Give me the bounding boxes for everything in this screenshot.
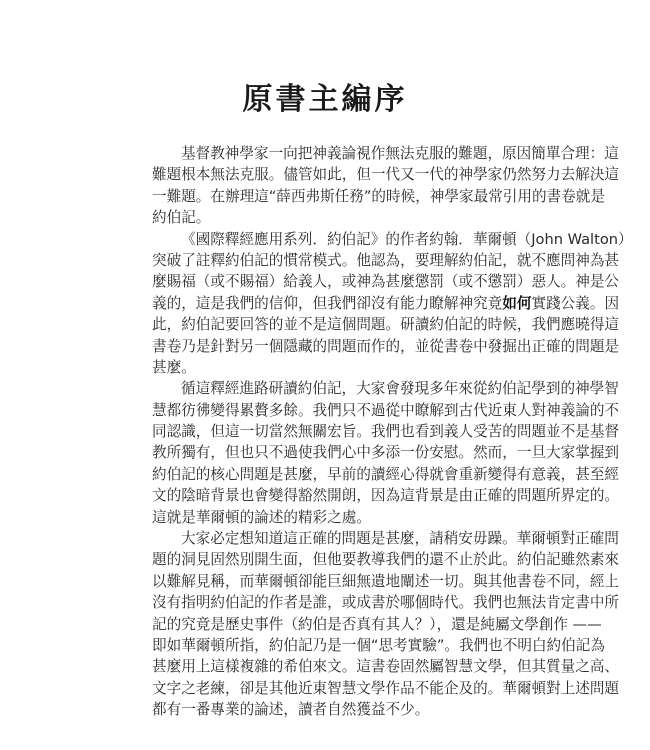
- paragraph-4: 大家必定想知道這正確的問題是甚麼，請稍安毋躁。華爾頓對正確問 題的洞見固然別開生…: [152, 528, 514, 721]
- paragraph-1: 基督教神學家一向把神義論視作無法克服的難題，原因簡單合理：這 難題根本無法克服。…: [152, 143, 514, 229]
- text-line: 這就是華爾頓的論述的精彩之處。: [152, 507, 514, 528]
- text-line: 突破了註釋約伯記的慣常模式。他認為，要理解約伯記，就不應問神為甚: [152, 250, 514, 271]
- text-line: 一難題。在辦理這“薛西弗斯任務”的時候，神學家最常引用的書卷就是: [152, 186, 514, 207]
- body-text: 基督教神學家一向把神義論視作無法克服的難題，原因簡單合理：這 難題根本無法克服。…: [152, 143, 514, 721]
- text-line-with-emphasis: 義的，這是我們的信仰，但我們卻沒有能力瞭解神究竟如何實踐公義。因: [152, 293, 514, 314]
- paragraph-3: 循這釋經進路研讀約伯記，大家會發現多年來從約伯記學到的神學智 慧都彷彿變得累贅多…: [152, 378, 514, 528]
- text-line: 題的洞見固然別開生面，但他要教導我們的還不止於此。約伯記雖然素來: [152, 549, 514, 570]
- text-line: 同認識，但這一切當然無關宏旨。我們也看到義人受苦的問題並不是基督: [152, 421, 514, 442]
- text-line: 文的陰暗背景也會變得豁然開朗，因為這背景是由正確的問題所界定的。: [152, 485, 514, 506]
- paragraph-2: 《國際釋經應用系列．約伯記》的作者約翰．華爾頓（John Walton） 突破了…: [152, 229, 514, 379]
- text-line: 約伯記的核心問題是甚麼，早前的讀經心得就會重新變得有意義，甚至經: [152, 464, 514, 485]
- text-line: 沒有指明約伯記的作者是誰，或成書於哪個時代。我們也無法肯定書中所: [152, 592, 514, 613]
- document-page: 原書主編序 基督教神學家一向把神義論視作無法克服的難題，原因簡單合理：這 難題根…: [0, 0, 650, 750]
- text-line: 大家必定想知道這正確的問題是甚麼，請稍安毋躁。華爾頓對正確問: [152, 528, 514, 549]
- text-line: 麼賜福（或不賜福）給義人，或神為甚麼懲罰（或不懲罰）惡人。神是公: [152, 271, 514, 292]
- text-line: 慧都彷彿變得累贅多餘。我們只不過從中瞭解到古代近東人對神義論的不: [152, 400, 514, 421]
- text-line: 《國際釋經應用系列．約伯記》的作者約翰．華爾頓（John Walton）: [152, 229, 514, 250]
- text-line: 即如華爾頓所指，約伯記乃是一個“思考實驗”。我們也不明白約伯記為: [152, 635, 514, 656]
- text-line: 此，約伯記要回答的並不是這個問題。研讀約伯記的時候，我們應曉得這: [152, 314, 514, 335]
- text-line: 甚麼。: [152, 357, 514, 378]
- text-line: 甚麼用上這樣複雜的希伯來文。這書卷固然屬智慧文學，但其質量之高、: [152, 656, 514, 677]
- text-fragment: 實踐公義。因: [531, 295, 619, 312]
- text-line: 都有一番專業的論述，讀者自然獲益不少。: [152, 699, 514, 720]
- text-line: 以難解見稱，而華爾頓卻能巨細無遺地闡述一切。與其他書卷不同，經上: [152, 571, 514, 592]
- text-line: 難題根本無法克服。儘管如此，但一代又一代的神學家仍然努力去解決這: [152, 164, 514, 185]
- page-title: 原書主編序: [0, 82, 650, 118]
- emphasis-text: 如何: [502, 295, 531, 312]
- text-line: 循這釋經進路研讀約伯記，大家會發現多年來從約伯記學到的神學智: [152, 378, 514, 399]
- text-line: 書卷乃是針對另一個隱藏的問題而作的，並從書卷中發掘出正確的問題是: [152, 336, 514, 357]
- text-line: 基督教神學家一向把神義論視作無法克服的難題，原因簡單合理：這: [152, 143, 514, 164]
- text-line: 文字之老練，卻是其他近東智慧文學作品不能企及的。華爾頓對上述問題: [152, 678, 514, 699]
- text-line: 約伯記。: [152, 207, 514, 228]
- text-line: 記的究竟是歷史事件（約伯是否真有其人？），還是純屬文學創作 ——: [152, 614, 514, 635]
- text-line: 教所獨有，但也只不過使我們心中多添一份安慰。然而，一旦大家掌握到: [152, 442, 514, 463]
- text-fragment: 義的，這是我們的信仰，但我們卻沒有能力瞭解神究竟: [152, 295, 502, 312]
